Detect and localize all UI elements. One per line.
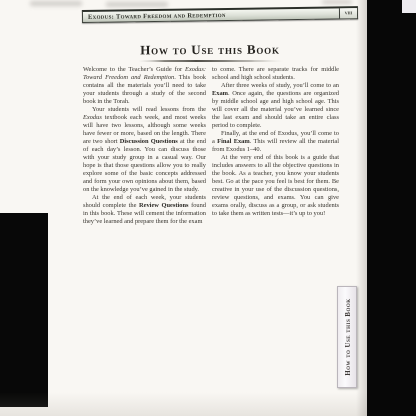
page-title: How to Use this Book	[83, 41, 337, 58]
paragraph: At the end of each week, your students s…	[83, 194, 206, 226]
scan-smudge	[30, 1, 82, 6]
page-edge-shadow	[356, 0, 367, 416]
scan-bottom-haze	[0, 392, 367, 416]
paragraph: Finally, at the end of Exodus, you’ll co…	[212, 130, 339, 154]
book-page-photo: Exodus: Toward Freedom and Redemption vi…	[0, 0, 416, 416]
chapter-side-tab: How to Use this Book	[337, 286, 357, 388]
running-header-bar: Exodus: Toward Freedom and Redemption vi…	[82, 6, 358, 23]
backdrop-left-block	[0, 213, 48, 407]
paragraph: to come. There are separate tracks for m…	[212, 66, 339, 82]
scan-smudge	[106, 2, 168, 7]
right-text-column: to come. There are separate tracks for m…	[212, 66, 339, 218]
backdrop-corner-box	[402, 0, 416, 13]
chapter-side-tab-label: How to Use this Book	[339, 287, 357, 387]
paragraph: Your students will read lessons from the…	[83, 106, 206, 194]
running-header-title: Exodus: Toward Freedom and Redemption	[83, 8, 339, 22]
page-number: viii	[339, 8, 357, 18]
left-text-column: Welcome to the Teacher’s Guide for Exodu…	[83, 66, 206, 226]
backdrop-right-band	[367, 0, 416, 416]
paragraph: At the very end of this book is a guide …	[212, 154, 339, 218]
paragraph: Welcome to the Teacher’s Guide for Exodu…	[83, 66, 206, 106]
scan-smudge	[322, 0, 352, 4]
title-underline	[138, 60, 284, 62]
paragraph: After three weeks of study, you’ll come …	[212, 82, 339, 130]
